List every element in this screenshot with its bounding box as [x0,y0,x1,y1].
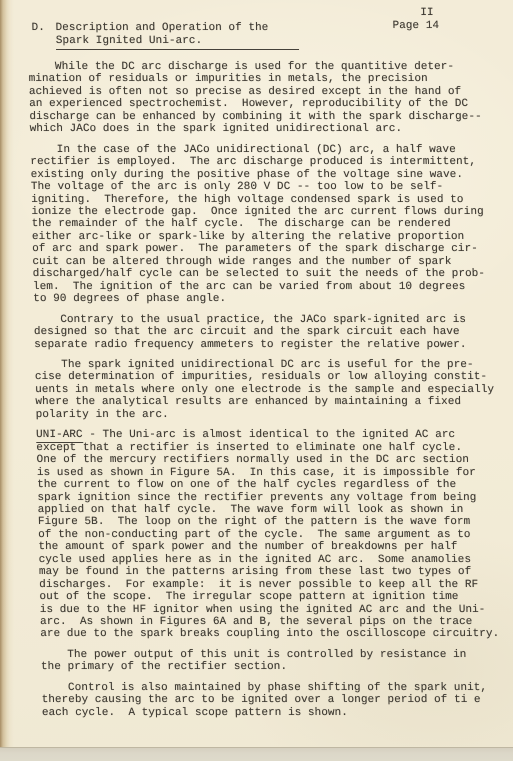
scanned-typewritten-page: II Page 14 D. Description and Operation … [0,0,513,761]
paragraph-4: The spark ignited unidirectional DC arc … [35,359,513,421]
uniarc-text: - The Uni-arc is almost identical to the… [36,429,499,640]
paragraph-6: The power output of this unit is control… [41,649,513,674]
paragraph-1: While the DC arc discharge is used for t… [28,61,512,136]
paragraph-uniarc: UNI-ARC - The Uni-arc is almost identica… [36,429,513,641]
paragraph-3: Contrary to the usual practice, the JACo… [34,314,513,351]
volume-number: II [420,7,434,19]
paragraph-2: In the case of the JACo unidirectional (… [30,144,513,306]
section-title-line2-underlined: Spark Ignited Uni-arc. [56,35,299,50]
section-title-line1: Description and Operation of the [55,22,268,34]
section-title-line2-text: Spark Ignited Uni-arc. [56,35,203,47]
paragraph-7: Control is also maintained by phase shif… [41,682,513,719]
section-letter: D. [31,22,45,34]
page-number: Page 14 [392,20,439,32]
document-body: While the DC arc discharge is used for t… [28,61,513,719]
